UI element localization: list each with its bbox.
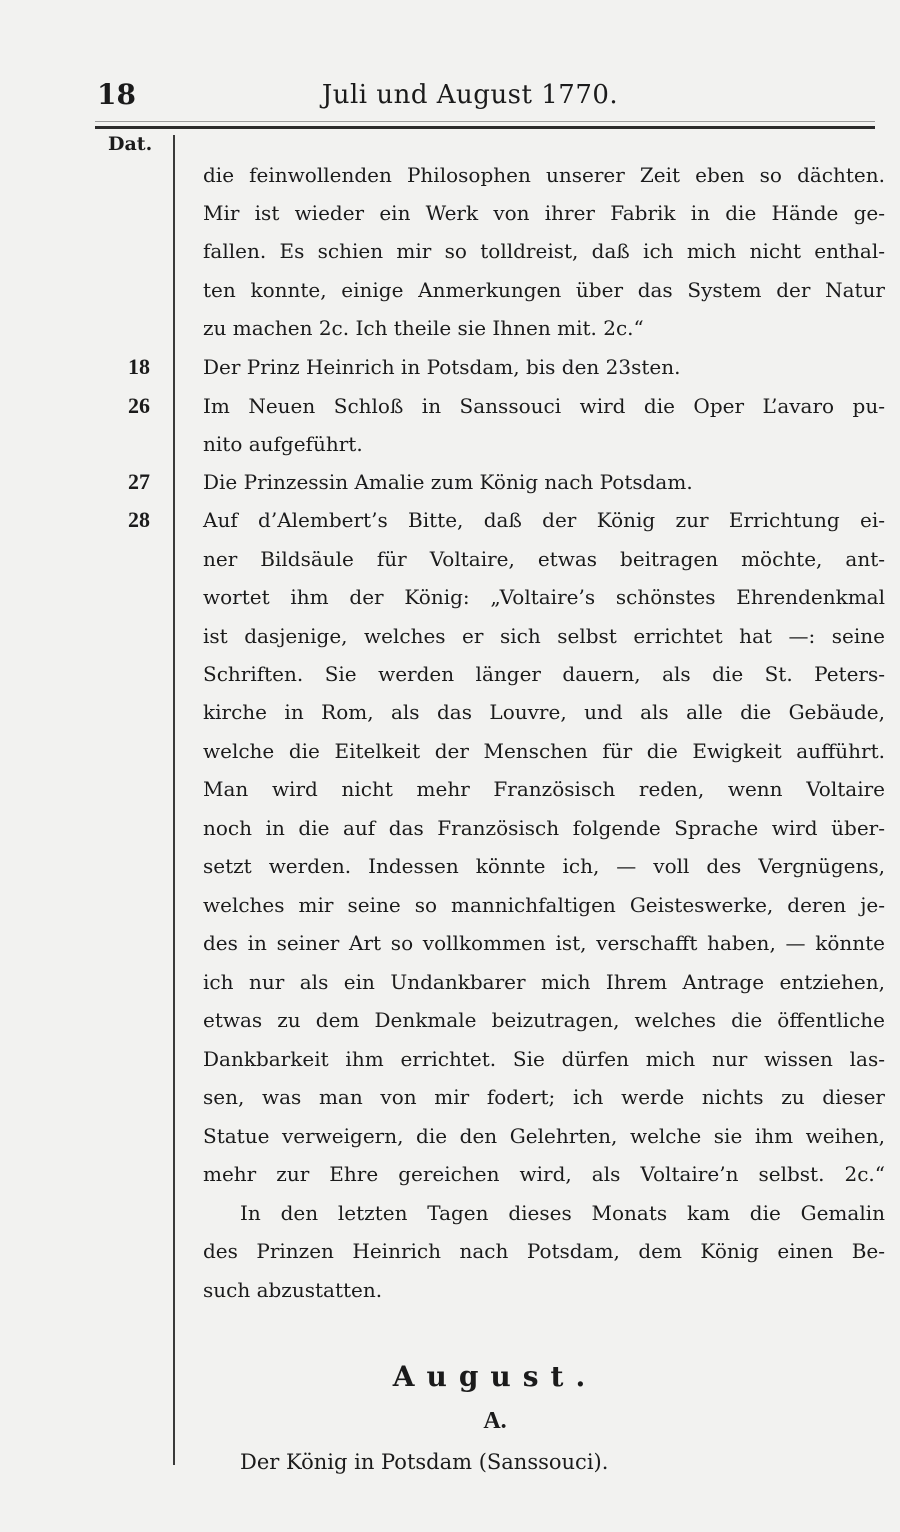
text-line: Die Prinzessin Amalie zum König nach Pot…: [203, 470, 885, 494]
section-subtitle: Der König in Potsdam (Sanssouci).: [240, 1450, 608, 1474]
entry-date: 27: [128, 469, 150, 495]
text-line: Der Prinz Heinrich in Potsdam, bis den 2…: [203, 355, 885, 379]
text-line: etwas zu dem Denkmale beizutragen, welch…: [203, 1008, 885, 1032]
text-line: des Prinzen Heinrich nach Potsdam, dem K…: [203, 1239, 885, 1263]
text-line: setzt werden. Indessen könnte ich, — vol…: [203, 854, 885, 878]
text-line: Im Neuen Schloß in Sanssouci wird die Op…: [203, 394, 885, 418]
text-line: fallen. Es schien mir so tolldreist, daß…: [203, 239, 885, 263]
text-line: ich nur als ein Undankbarer mich Ihrem A…: [203, 970, 885, 994]
text-line: nito aufgeführt.: [203, 432, 885, 456]
text-line: des in seiner Art so vollkommen ist, ver…: [203, 931, 885, 955]
text-line: Dankbarkeit ihm errichtet. Sie dürfen mi…: [203, 1047, 885, 1071]
text-line: die feinwollenden Philosophen unserer Ze…: [203, 163, 885, 187]
header-rule-thin: [95, 121, 875, 122]
text-line: sen, was man von mir fodert; ich werde n…: [203, 1085, 885, 1109]
entry-date: 18: [128, 354, 150, 380]
text-line: mehr zur Ehre gereichen wird, als Voltai…: [203, 1162, 885, 1186]
text-line: such abzustatten.: [203, 1278, 885, 1302]
text-line: Mir ist wieder ein Werk von ihrer Fabrik…: [203, 201, 885, 225]
text-line: welches mir seine so mannichfaltigen Gei…: [203, 893, 885, 917]
text-line: welche die Eitelkeit der Menschen für di…: [203, 739, 885, 763]
header-rule: [95, 126, 875, 129]
section-letter: A.: [0, 1408, 900, 1435]
text-line: Schriften. Sie werden länger dauern, als…: [203, 662, 885, 686]
text-line: noch in die auf das Französisch folgende…: [203, 816, 885, 840]
entry-date: 26: [128, 393, 150, 419]
date-column-rule: [173, 135, 175, 1465]
section-title: August.: [0, 1360, 900, 1393]
date-column-label: Dat.: [108, 133, 152, 155]
text-line: zu machen 2c. Ich theile sie Ihnen mit. …: [203, 316, 885, 340]
text-line: Auf d’Alembert’s Bitte, daß der König zu…: [203, 508, 885, 532]
text-line: In den letzten Tagen dieses Monats kam d…: [240, 1201, 885, 1225]
entry-date: 28: [128, 507, 150, 533]
text-line: wortet ihm der König: „Voltaire’s schöns…: [203, 585, 885, 609]
text-line: kirche in Rom, als das Louvre, und als a…: [203, 700, 885, 724]
text-line: ten konnte, einige Anmerkungen über das …: [203, 278, 885, 302]
text-line: ner Bildsäule für Voltaire, etwas beitra…: [203, 547, 885, 571]
text-line: Statue verweigern, die den Gelehrten, we…: [203, 1124, 885, 1148]
text-line: Man wird nicht mehr Französisch reden, w…: [203, 777, 885, 801]
text-line: ist dasjenige, welches er sich selbst er…: [203, 624, 885, 648]
running-head: Juli und August 1770.: [0, 80, 900, 110]
